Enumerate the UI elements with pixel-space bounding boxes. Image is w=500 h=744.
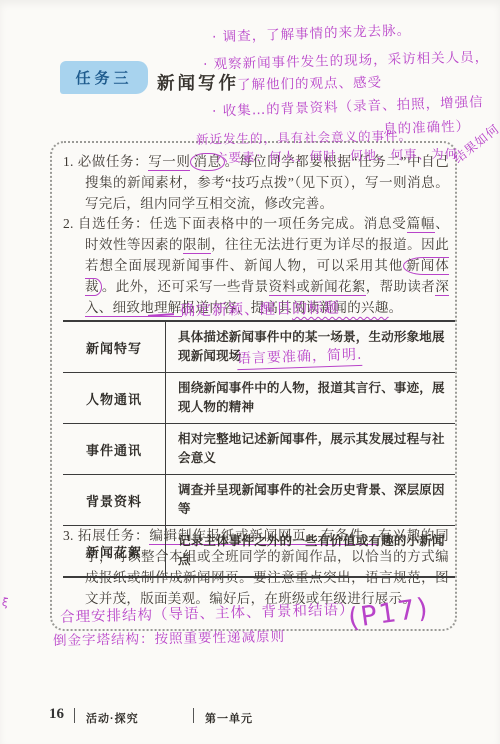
handwritten-headline-note: 确定新颖、醒目的标题	[180, 297, 340, 321]
handwritten-note-investigate: · 调查，了解事情的来龙去脉。	[212, 19, 412, 46]
text-segment-underline: 篇幅	[407, 216, 436, 233]
text-segment-underline: 资料或新闻花絮	[269, 279, 366, 296]
genre-name-cell: 人物通讯	[63, 389, 165, 408]
text-segment-plain: 。此外，还可采写一些背景	[102, 279, 269, 294]
footer-unit-label: 第一单元	[205, 710, 253, 726]
page-title: 新闻写作	[157, 70, 239, 95]
handwritten-pyramid-note: 倒金字塔结构：按照重要性递减原则	[53, 625, 285, 649]
genre-desc-cell: 围绕新闻事件中的人物，报道其言行、事迹，展现人物的精神	[165, 373, 455, 423]
table-row-event: 事件通讯 相对完整地记述新闻事件，展示其发展过程与社会意义	[63, 424, 455, 475]
genre-name-cell: 背景资料	[63, 491, 165, 510]
text-segment-plain: 1. 必做任务：	[63, 154, 148, 169]
genre-name-cell: 新闻花絮	[63, 542, 165, 561]
footer-divider	[193, 708, 194, 723]
margin-scribble: ξ	[1, 596, 9, 610]
genre-name-cell: 新闻特写	[63, 338, 165, 357]
genre-desc-cell: 相对完整地记述新闻事件，展示其发展过程与社会意义	[165, 424, 455, 474]
genre-name-cell: 事件通讯	[63, 440, 165, 459]
task-badge: 任务三	[60, 61, 148, 94]
task-badge-label: 任务三	[75, 67, 132, 88]
handwritten-note-observe: · 观察新闻事件发生的现场，采访相关人员，	[203, 45, 490, 72]
text-segment-plain: ，帮助读者	[366, 279, 435, 294]
text-segment-underline: 限制	[183, 237, 211, 254]
page-number: 16	[49, 706, 64, 723]
genre-desc-cell: 调查并呈现新闻事件的社会历史背景、深层原因等	[165, 475, 455, 525]
genre-desc-cell: 记录主体事件之外的一些有价值或有趣的小新闻点	[165, 526, 455, 576]
table-row-person: 人物通讯 围绕新闻事件中的人物，报道其言行、事迹，展现人物的精神	[63, 373, 455, 424]
page-footer: 16 活动·探究 第一单元	[0, 706, 500, 730]
footer-divider	[74, 708, 75, 723]
textbook-page: 任务三 新闻写作 · 调查，了解事情的来龙去脉。 · 观察新闻事件发生的现场，采…	[0, 0, 500, 744]
text-segment-plain: 。	[389, 300, 403, 315]
table-row-background: 背景资料 调查并呈现新闻事件的社会历史背景、深层原因等	[63, 475, 455, 526]
table-row-tidbits: 新闻花絮 记录主体事件之外的一些有价值或有趣的小新闻点	[63, 526, 455, 576]
handwritten-note-observe-cont: 了解他们的观点、感受	[237, 71, 382, 94]
handwritten-language-note: 语言要准确，简明.	[237, 344, 363, 370]
footer-book-label: 活动·探究	[86, 710, 139, 726]
text-segment-underline: 写一则	[148, 154, 190, 171]
text-segment-plain: 2. 自选任务：任选下面表格中的一项任务完成。消息受	[63, 216, 407, 231]
